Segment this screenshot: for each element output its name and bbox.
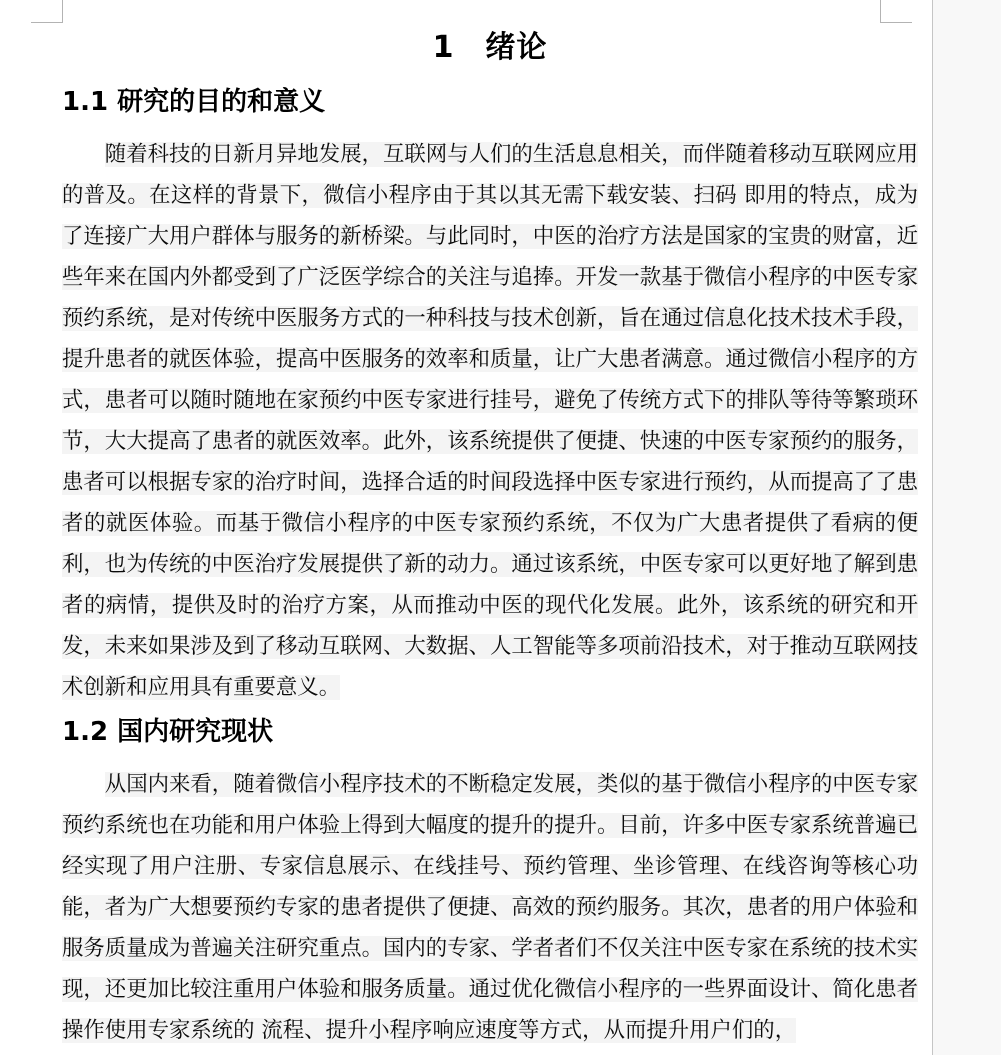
section-heading-1-2: 1.2 国内研究现状 [62, 714, 918, 750]
paragraph-text: 随着科技的日新月异地发展，互联网与人们的生活息息相关，而伴随着移动互联网应用的普… [62, 142, 918, 700]
document-page[interactable]: 1 绪论 1.1 研究的目的和意义 随着科技的日新月异地发展，互联网与人们的生活… [0, 0, 932, 1055]
paragraph-text: 从国内来看，随着微信小程序技术的不断稳定发展，类似的基于微信小程序的中医专家预约… [62, 772, 918, 1043]
document-canvas: 1 绪论 1.1 研究的目的和意义 随着科技的日新月异地发展，互联网与人们的生活… [0, 0, 1001, 1055]
section-heading-1-1: 1.1 研究的目的和意义 [62, 84, 918, 120]
chapter-title: 1 绪论 [62, 28, 918, 68]
paragraph-section-1-1: 随着科技的日新月异地发展，互联网与人们的生活息息相关，而伴随着移动互联网应用的普… [62, 134, 918, 708]
crop-mark-top-left-horizontal [31, 22, 63, 23]
paragraph-section-1-2: 从国内来看，随着微信小程序技术的不断稳定发展，类似的基于微信小程序的中医专家预约… [62, 764, 918, 1051]
page-right-gutter [932, 0, 1001, 1055]
text-content: 1 绪论 1.1 研究的目的和意义 随着科技的日新月异地发展，互联网与人们的生活… [62, 0, 918, 1051]
